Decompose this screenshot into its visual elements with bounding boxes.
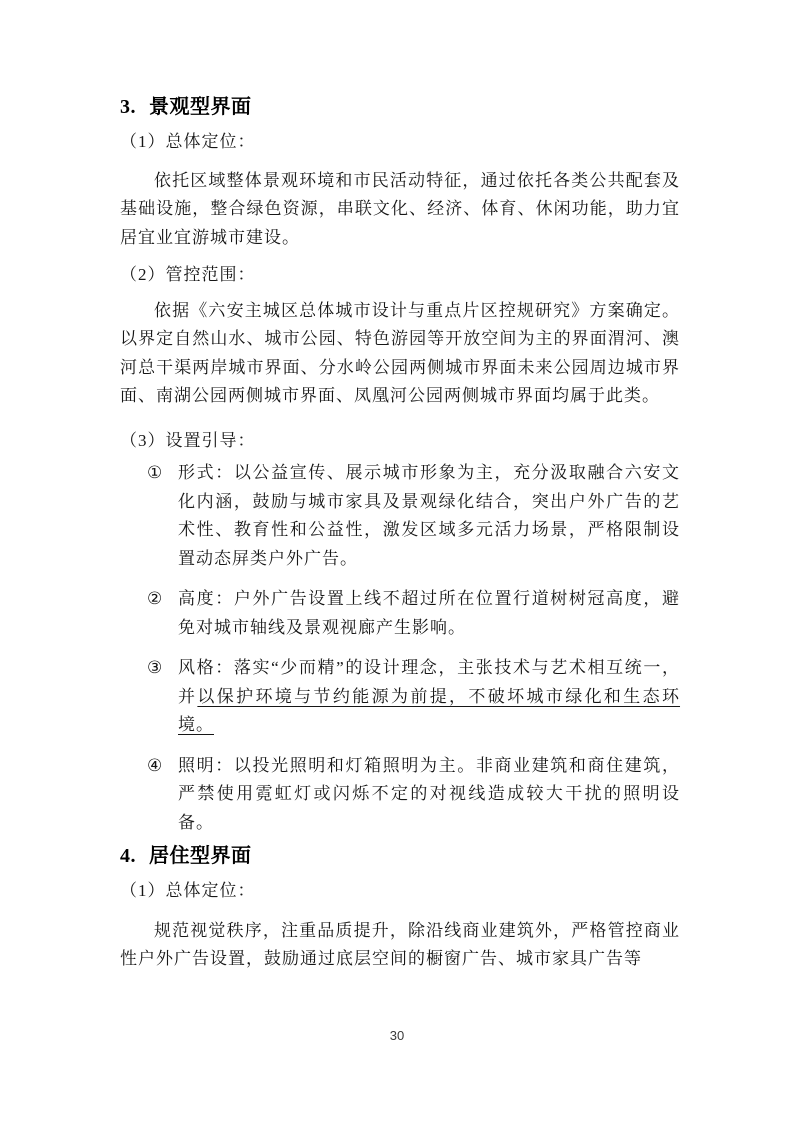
guidance-item-text-plain: 形式：以公益宣传、展示城市形象为主，充分汲取融合六安文化内涵，鼓励与城市家具及景… bbox=[178, 463, 680, 568]
page-number: 30 bbox=[0, 1026, 794, 1046]
circled-1-marker: ① bbox=[147, 459, 178, 573]
guidance-item-text: 形式：以公益宣传、展示城市形象为主，充分汲取融合六安文化内涵，鼓励与城市家具及景… bbox=[178, 459, 680, 573]
guidance-item-style: ③ 风格：落实“少而精”的设计理念，主张技术与艺术相互统一，并以保护环境与节约能… bbox=[120, 654, 680, 740]
subsection-label-overall-positioning: （1）总体定位： bbox=[120, 128, 680, 157]
circled-4-marker: ④ bbox=[147, 752, 178, 838]
paragraph-overall-positioning: 依托区域整体景观环境和市民活动特征，通过依托各类公共配套及基础设施，整合绿色资源… bbox=[120, 167, 680, 253]
guidance-item-lighting: ④ 照明：以投光照明和灯箱照明为主。非商业建筑和商住建筑，严禁使用霓虹灯或闪烁不… bbox=[120, 752, 680, 838]
section-heading-residential: 4. 居住型界面 bbox=[120, 844, 680, 868]
section-heading-landscape: 3. 景观型界面 bbox=[120, 95, 680, 119]
guidance-item-text-plain: 照明：以投光照明和灯箱照明为主。非商业建筑和商住建筑，严禁使用霓虹灯或闪烁不定的… bbox=[178, 756, 680, 832]
guidance-item-form: ① 形式：以公益宣传、展示城市形象为主，充分汲取融合六安文化内涵，鼓励与城市家具… bbox=[120, 459, 680, 573]
guidance-item-height: ② 高度：户外广告设置上线不超过所在位置行道树树冠高度，避免对城市轴线及景观视廊… bbox=[120, 585, 680, 642]
guidance-list: ① 形式：以公益宣传、展示城市形象为主，充分汲取融合六安文化内涵，鼓励与城市家具… bbox=[120, 459, 680, 837]
guidance-item-text: 风格：落实“少而精”的设计理念，主张技术与艺术相互统一，并以保护环境与节约能源为… bbox=[178, 654, 680, 740]
guidance-item-text: 照明：以投光照明和灯箱照明为主。非商业建筑和商住建筑，严禁使用霓虹灯或闪烁不定的… bbox=[178, 752, 680, 838]
section-title: 居住型界面 bbox=[149, 844, 252, 868]
document-content: 3. 景观型界面 （1）总体定位： 依托区域整体景观环境和市民活动特征，通过依托… bbox=[120, 95, 680, 974]
section-number: 4. bbox=[120, 844, 136, 868]
guidance-item-text-plain: 高度：户外广告设置上线不超过所在位置行道树树冠高度，避免对城市轴线及景观视廊产生… bbox=[178, 589, 680, 637]
section-title: 景观型界面 bbox=[149, 95, 252, 119]
guidance-item-text-underlined: 以保护环境与节约能源为前提，不破坏城市绿化和生态环境。 bbox=[178, 687, 680, 735]
subsection-label-overall-positioning: （1）总体定位： bbox=[120, 877, 680, 906]
paragraph-overall-positioning: 规范视觉秩序，注重品质提升，除沿线商业建筑外，严格管控商业性户外广告设置，鼓励通… bbox=[120, 917, 680, 974]
subsection-label-control-scope: （2）管控范围： bbox=[120, 261, 680, 290]
circled-2-marker: ② bbox=[147, 585, 178, 642]
subsection-label-setup-guidance: （3）设置引导： bbox=[120, 427, 680, 456]
section-number: 3. bbox=[120, 95, 136, 119]
document-page: 3. 景观型界面 （1）总体定位： 依托区域整体景观环境和市民活动特征，通过依托… bbox=[0, 0, 794, 1122]
circled-3-marker: ③ bbox=[147, 654, 178, 740]
paragraph-control-scope: 依据《六安主城区总体城市设计与重点片区控规研究》方案确定。以界定自然山水、城市公… bbox=[120, 297, 680, 411]
guidance-item-text: 高度：户外广告设置上线不超过所在位置行道树树冠高度，避免对城市轴线及景观视廊产生… bbox=[178, 585, 680, 642]
